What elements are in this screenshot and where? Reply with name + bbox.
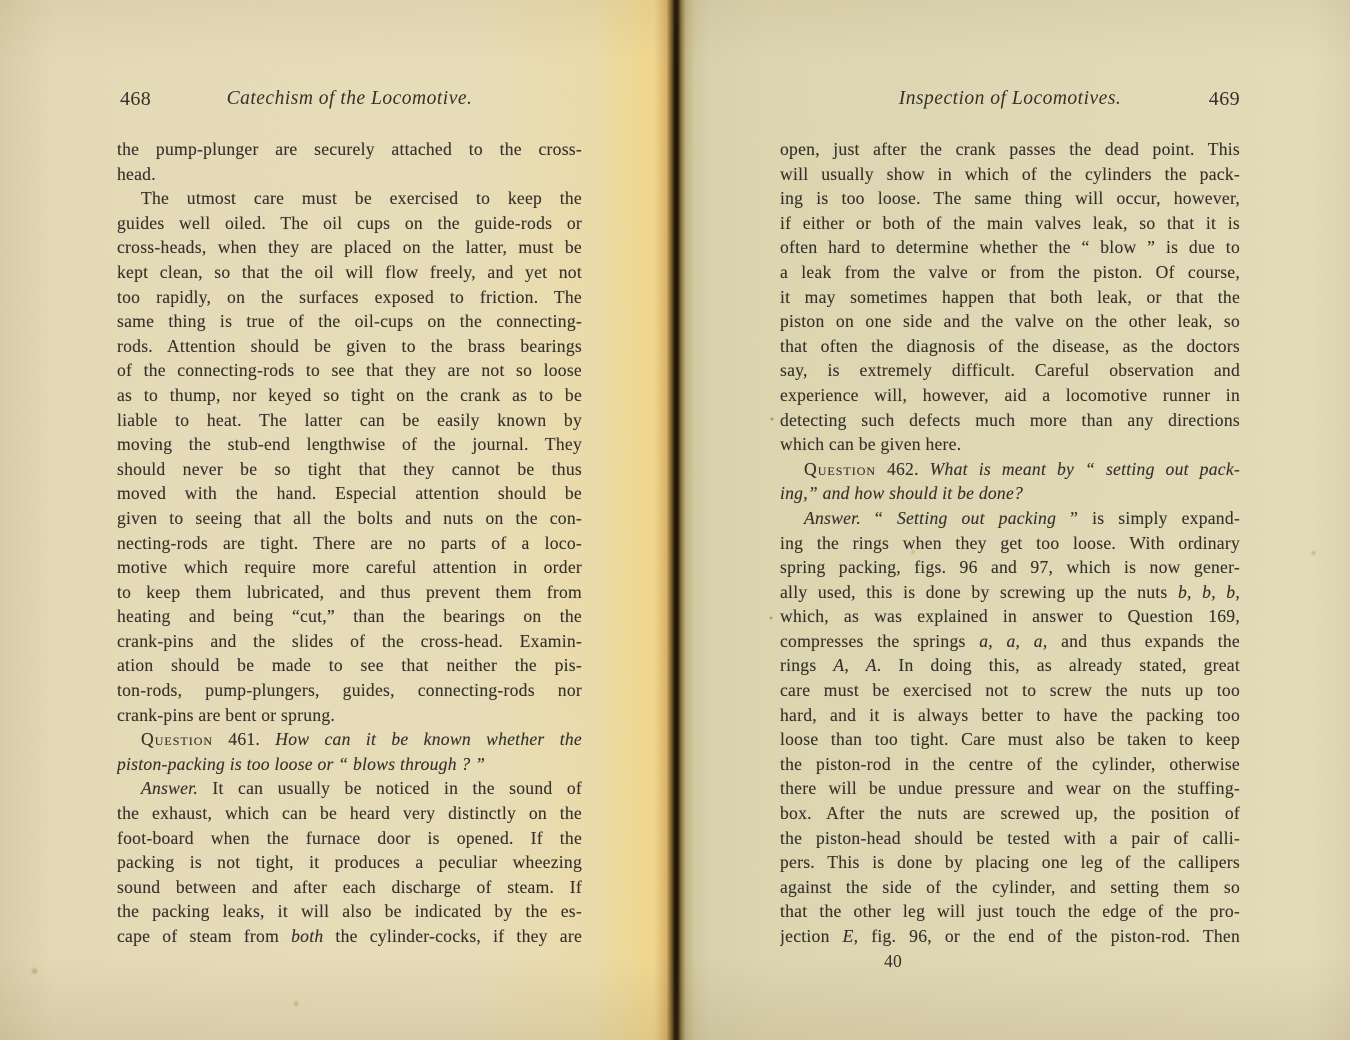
text-line: a leak from the valve or from the piston…	[780, 260, 1240, 285]
text-line: motive which require more careful attent…	[117, 555, 582, 580]
text-line: open, just after the crank passes the de…	[780, 137, 1240, 162]
text-line: of the connecting-rods to see that they …	[117, 358, 582, 383]
text-line: as to thump, nor keyed so tight on the c…	[117, 383, 582, 408]
text-line: cross-heads, when they are placed on the…	[117, 235, 582, 260]
right-page-text: open, just after the crank passes the de…	[780, 137, 1240, 973]
text-line: ation should be made to see that neither…	[117, 653, 582, 678]
text-line: ton-rods, pump-plungers, guides, connect…	[117, 678, 582, 703]
text-line: same thing is true of the oil-cups on th…	[117, 309, 582, 334]
text-line: packing is not tight, it produces a pecu…	[117, 850, 582, 875]
text-line: jection E, fig. 96, or the end of the pi…	[780, 924, 1240, 949]
text-line: spring packing, figs. 96 and 97, which i…	[780, 555, 1240, 580]
text-line: loose than too tight. Care must also be …	[780, 727, 1240, 752]
right-running-title: Inspection of Locomotives.	[780, 88, 1240, 110]
book-gutter-shadow	[596, 0, 708, 1040]
text-line: rings A, A. In doing this, as already st…	[780, 653, 1240, 678]
text-line: that the other leg will just touch the e…	[780, 899, 1240, 924]
text-line: Answer. It can usually be noticed in the…	[117, 776, 582, 801]
text-line: foot-board when the furnace door is open…	[117, 826, 582, 851]
text-line: too rapidly, on the surfaces exposed to …	[117, 285, 582, 310]
text-line: hard, and it is always better to have th…	[780, 703, 1240, 728]
text-line: experience will, however, aid a locomoti…	[780, 383, 1240, 408]
text-line: moving the stub-end lengthwise of the jo…	[117, 432, 582, 457]
left-page-text: the pump-plunger are securely attached t…	[117, 137, 582, 949]
left-running-title: Catechism of the Locomotive.	[117, 88, 582, 110]
text-line: piston-packing is too loose or “ blows t…	[117, 752, 582, 777]
text-line: will usually show in which of the cylind…	[780, 162, 1240, 187]
text-line: compresses the springs a, a, a, and thus…	[780, 629, 1240, 654]
text-line: that often the diagnosis of the disease,…	[780, 334, 1240, 359]
text-line: ing,” and how should it be done?	[780, 481, 1240, 506]
text-line: The utmost care must be exercised to kee…	[117, 186, 582, 211]
text-line: the pump-plunger are securely attached t…	[117, 137, 582, 162]
text-line: which, as was explained in answer to Que…	[780, 604, 1240, 629]
text-line: the piston-head should be tested with a …	[780, 826, 1240, 851]
text-line: often hard to determine whether the “ bl…	[780, 235, 1240, 260]
text-line: crank-pins and the slides of the cross-h…	[117, 629, 582, 654]
text-line: given to seeing that all the bolts and n…	[117, 506, 582, 531]
text-line: if either or both of the main valves lea…	[780, 211, 1240, 236]
text-line: there will be undue pressure and wear on…	[780, 776, 1240, 801]
text-line: ing the rings when they get too loose. W…	[780, 531, 1240, 556]
text-line: which can be given here.	[780, 432, 1240, 457]
text-line: sound between and after each discharge o…	[117, 875, 582, 900]
text-line: ing is too loose. The same thing will oc…	[780, 186, 1240, 211]
text-line: pers. This is done by placing one leg of…	[780, 850, 1240, 875]
text-line: necting-rods are tight. There are no par…	[117, 531, 582, 556]
right-page-number: 469	[1209, 88, 1240, 111]
text-line: heating and being “cut,” than the bearin…	[117, 604, 582, 629]
text-line: liable to heat. The latter can be easily…	[117, 408, 582, 433]
text-line: to keep them lubricated, and thus preven…	[117, 580, 582, 605]
signature-mark: 40	[780, 949, 1240, 974]
text-line: say, is extremely difficult. Careful obs…	[780, 358, 1240, 383]
book-scan: 468 Catechism of the Locomotive. the pum…	[0, 0, 1350, 1040]
text-line: head.	[117, 162, 582, 187]
text-line: rods. Attention should be given to the b…	[117, 334, 582, 359]
text-line: piston on one side and the valve on the …	[780, 309, 1240, 334]
text-line: Answer. “ Setting out packing ” is simpl…	[780, 506, 1240, 531]
right-running-head: Inspection of Locomotives. 469	[780, 88, 1240, 116]
text-line: kept clean, so that the oil will flow fr…	[117, 260, 582, 285]
left-running-head: 468 Catechism of the Locomotive.	[117, 88, 582, 116]
text-line: Question 461. How can it be known whethe…	[117, 727, 582, 752]
text-line: cape of steam from both the cylinder-coc…	[117, 924, 582, 949]
text-line: Question 462. What is meant by “ setting…	[780, 457, 1240, 482]
text-line: box. After the nuts are screwed up, the …	[780, 801, 1240, 826]
text-line: the piston-rod in the centre of the cyli…	[780, 752, 1240, 777]
text-line: the packing leaks, it will also be indic…	[117, 899, 582, 924]
text-line: the exhaust, which can be heard very dis…	[117, 801, 582, 826]
text-line: should never be so tight that they canno…	[117, 457, 582, 482]
text-line: it may sometimes happen that both leak, …	[780, 285, 1240, 310]
text-line: care must be exercised not to screw the …	[780, 678, 1240, 703]
text-line: crank-pins are bent or sprung.	[117, 703, 582, 728]
text-line: moved with the hand. Especial attention …	[117, 481, 582, 506]
text-line: ally used, this is done by screwing up t…	[780, 580, 1240, 605]
text-line: guides well oiled. The oil cups on the g…	[117, 211, 582, 236]
text-line: against the side of the cylinder, and se…	[780, 875, 1240, 900]
text-line: detecting such defects much more than an…	[780, 408, 1240, 433]
